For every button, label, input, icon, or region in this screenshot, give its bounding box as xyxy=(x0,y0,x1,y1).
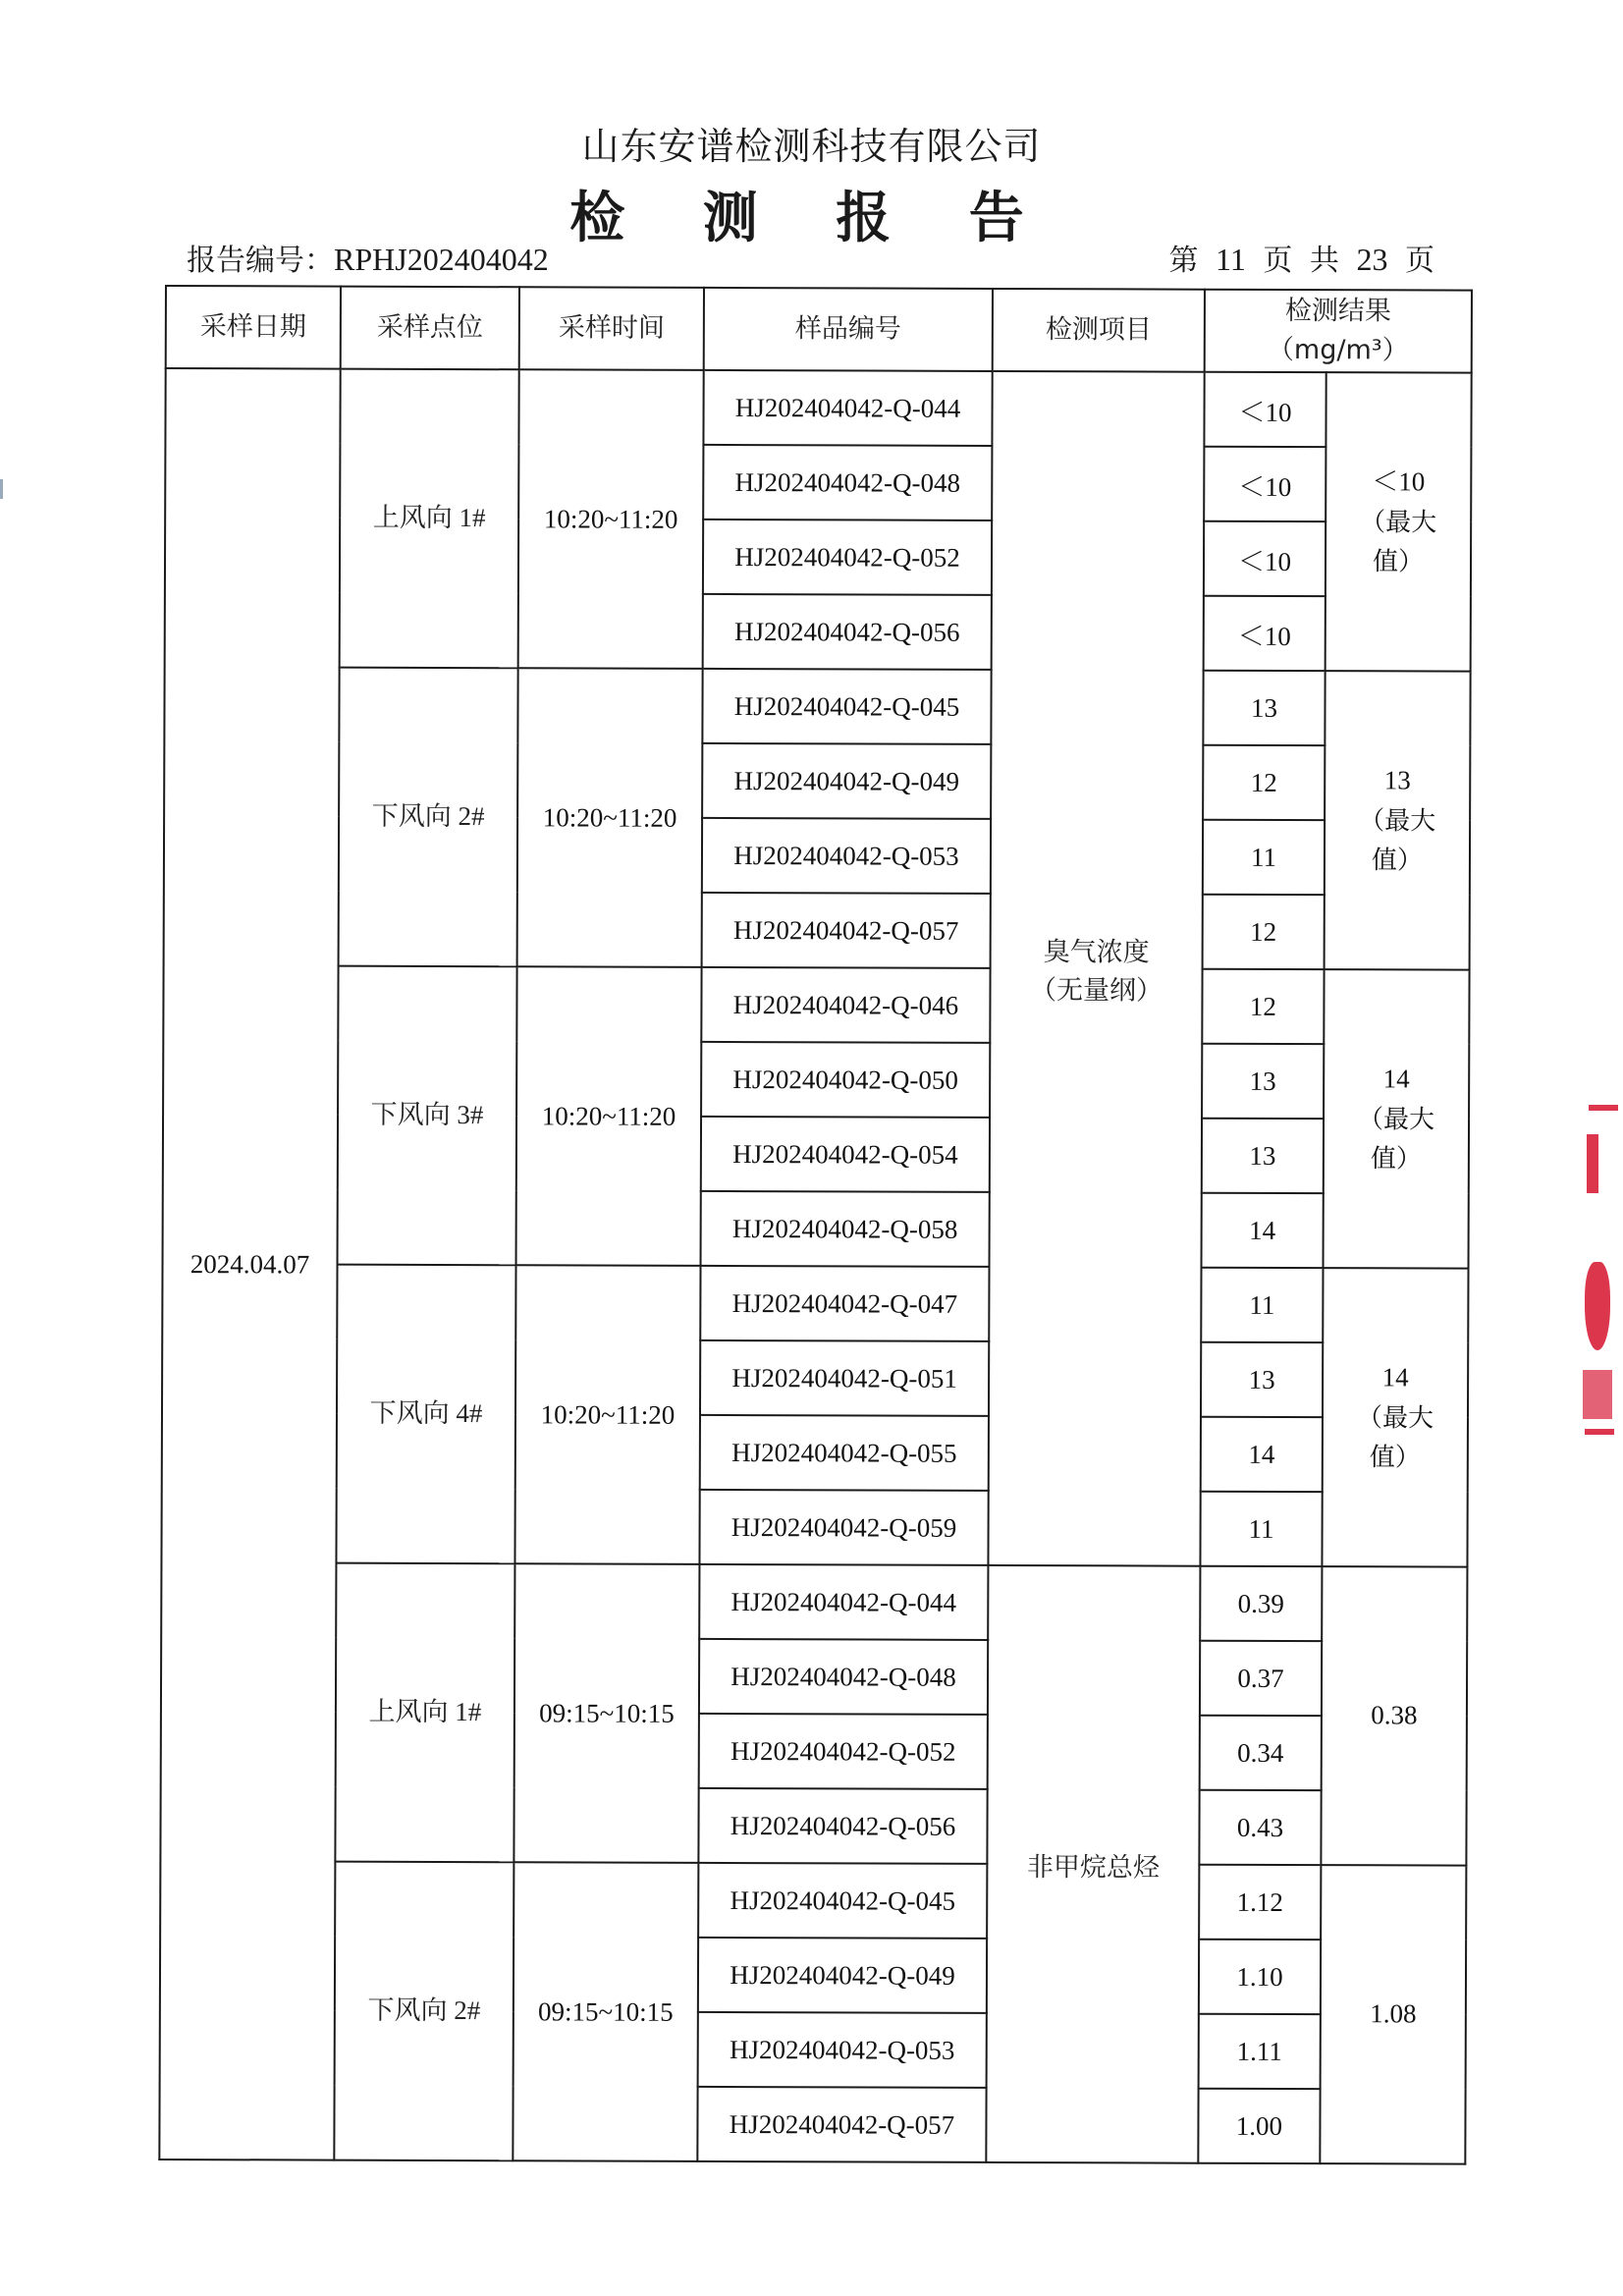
sample-id: HJ202404042-Q-044 xyxy=(699,1564,988,1640)
report-number: 报告编号：RPHJ202404042 xyxy=(187,236,549,279)
result-value: 1.00 xyxy=(1198,2089,1320,2163)
result-value: 13 xyxy=(1203,671,1325,745)
sample-id: HJ202404042-Q-052 xyxy=(703,519,992,595)
col-sample-id: 样品编号 xyxy=(704,288,993,371)
test-item: 非甲烷总烃 xyxy=(986,1565,1200,2163)
scan-edge-mark xyxy=(0,479,3,499)
result-value: 1.10 xyxy=(1199,1940,1321,2014)
col-test-result-label: 检测结果 xyxy=(1206,291,1471,331)
table-body: 2024.04.07上风向 1#10:20~11:20HJ202404042-Q… xyxy=(159,368,1471,2164)
result-value: 13 xyxy=(1202,1044,1324,1119)
result-value: 14 xyxy=(1201,1417,1323,1492)
result-summary-value: 1.08 xyxy=(1322,1994,1465,2035)
sample-point: 下风向 3# xyxy=(338,966,517,1266)
result-value: 13 xyxy=(1202,1119,1324,1193)
sample-id: HJ202404042-Q-058 xyxy=(701,1191,990,1267)
sample-id: HJ202404042-Q-050 xyxy=(701,1042,990,1118)
sample-point-label: 下风向 2# xyxy=(372,794,485,833)
sample-id: HJ202404042-Q-049 xyxy=(698,1938,987,2013)
sample-point-label: 下风向 4# xyxy=(370,1392,483,1430)
sample-id: HJ202404042-Q-051 xyxy=(700,1340,989,1416)
sample-id: HJ202404042-Q-053 xyxy=(698,2012,987,2088)
result-summary-note: （最大 xyxy=(1325,801,1469,842)
sample-point-label: 下风向 2# xyxy=(367,1989,480,2027)
sample-time: 09:15~10:15 xyxy=(514,1563,699,1863)
result-summary-note2: 值） xyxy=(1326,542,1470,582)
page-current: 11 xyxy=(1216,242,1246,277)
result-summary-value: 13 xyxy=(1325,760,1469,801)
sample-id: HJ202404042-Q-049 xyxy=(702,743,991,819)
sample-point-label: 上风向 1# xyxy=(368,1690,481,1728)
sample-time: 10:20~11:20 xyxy=(514,1265,700,1564)
result-value: 11 xyxy=(1200,1492,1322,1566)
table-row: 上风向 1#09:15~10:15HJ202404042-Q-044 非甲烷总烃… xyxy=(161,1562,1467,1642)
result-summary-note: （最大 xyxy=(1325,1100,1468,1140)
result-value: 12 xyxy=(1202,969,1324,1044)
result-value: ＜10 xyxy=(1204,372,1325,447)
result-summary-value: 14 xyxy=(1325,1059,1468,1100)
table-row: 下风向 4#10:20~11:20HJ202404042-Q-04711 14 … xyxy=(162,1264,1468,1343)
sample-id: HJ202404042-Q-052 xyxy=(699,1714,988,1789)
result-summary-value: 14 xyxy=(1324,1357,1467,1398)
col-test-result: 检测结果 （mg/m³） xyxy=(1205,290,1472,373)
result-value: ＜10 xyxy=(1204,447,1325,521)
test-item-name: 臭气浓度 xyxy=(992,930,1202,969)
col-sample-time: 采样时间 xyxy=(519,287,704,370)
sample-id: HJ202404042-Q-055 xyxy=(700,1415,989,1491)
test-item-unit: （无量纲） xyxy=(991,968,1201,1008)
sample-time: 10:20~11:20 xyxy=(518,369,704,669)
sample-id: HJ202404042-Q-057 xyxy=(697,2087,986,2162)
sample-id: HJ202404042-Q-056 xyxy=(703,594,992,670)
test-item-name: 非甲烷总烃 xyxy=(988,1844,1198,1884)
col-sample-date: 采样日期 xyxy=(166,286,341,369)
result-summary: 14 （最大 值） xyxy=(1324,969,1470,1269)
sample-id: HJ202404042-Q-045 xyxy=(698,1863,987,1939)
result-summary-note: （最大 xyxy=(1324,1398,1467,1439)
result-summary: 13 （最大 值） xyxy=(1325,671,1471,970)
page-suffix: 页 xyxy=(1405,244,1434,278)
result-summary-value: 0.38 xyxy=(1323,1695,1466,1736)
result-summary: 14 （最大 值） xyxy=(1322,1268,1468,1567)
sample-id: HJ202404042-Q-046 xyxy=(701,967,990,1043)
result-summary-note2: 值） xyxy=(1324,1438,1467,1478)
page-indicator: 第 11 页 共 23 页 xyxy=(1168,236,1434,279)
result-value: 0.34 xyxy=(1200,1716,1322,1790)
red-seal-stamp xyxy=(1579,1095,1623,1439)
report-number-label: 报告编号： xyxy=(187,244,334,278)
sample-id: HJ202404042-Q-045 xyxy=(702,669,991,744)
col-test-item: 检测项目 xyxy=(993,289,1205,372)
result-value: 14 xyxy=(1202,1193,1324,1268)
sample-point: 下风向 4# xyxy=(336,1265,515,1564)
result-summary-note: （最大 xyxy=(1326,503,1470,543)
page-prefix: 第 xyxy=(1168,244,1198,278)
result-value: 11 xyxy=(1203,820,1325,895)
result-value: 12 xyxy=(1203,895,1325,969)
table-row: 2024.04.07上风向 1#10:20~11:20HJ202404042-Q… xyxy=(165,368,1471,448)
test-item: 臭气浓度 （无量纲） xyxy=(988,371,1204,1566)
result-value: 1.12 xyxy=(1199,1865,1321,1940)
sample-id: HJ202404042-Q-057 xyxy=(702,893,991,968)
sample-id: HJ202404042-Q-053 xyxy=(702,818,991,894)
table-row: 下风向 2#10:20~11:20HJ202404042-Q-04513 13 … xyxy=(164,667,1470,746)
sample-time: 09:15~10:15 xyxy=(513,1862,698,2161)
page-mid: 页 共 xyxy=(1263,244,1339,278)
result-summary: ＜10 （最大 值） xyxy=(1325,372,1472,672)
sample-point: 下风向 2# xyxy=(334,1862,514,2161)
sample-id: HJ202404042-Q-054 xyxy=(701,1117,990,1192)
table-row: 下风向 3#10:20~11:20HJ202404042-Q-04612 14 … xyxy=(163,965,1469,1045)
col-test-result-unit: （mg/m³） xyxy=(1206,331,1471,371)
result-value: ＜10 xyxy=(1204,521,1325,596)
result-summary: 1.08 xyxy=(1320,1865,1466,2164)
sample-date: 2024.04.07 xyxy=(159,368,340,2160)
result-value: 12 xyxy=(1203,745,1325,820)
result-value: 13 xyxy=(1201,1342,1323,1417)
result-value: 0.39 xyxy=(1200,1566,1322,1641)
sample-time: 10:20~11:20 xyxy=(517,668,703,967)
sample-id: HJ202404042-Q-044 xyxy=(703,370,992,446)
sample-id: HJ202404042-Q-056 xyxy=(698,1788,987,1864)
sample-point: 下风向 2# xyxy=(339,668,518,967)
result-value: ＜10 xyxy=(1204,596,1325,671)
sample-point: 上风向 1# xyxy=(340,369,519,669)
table-row: 下风向 2#09:15~10:15HJ202404042-Q-0451.12 1… xyxy=(160,1861,1466,1941)
sample-point-label: 上风向 1# xyxy=(373,496,486,534)
result-value: 0.43 xyxy=(1199,1790,1321,1865)
result-summary-note2: 值） xyxy=(1325,1139,1468,1179)
report-number-value: RPHJ202404042 xyxy=(334,242,549,277)
sample-id: HJ202404042-Q-048 xyxy=(699,1639,988,1715)
result-value: 1.11 xyxy=(1199,2014,1321,2089)
result-summary-value: ＜10 xyxy=(1326,462,1470,503)
result-value: 0.37 xyxy=(1200,1641,1322,1716)
company-name: 山东安谱检测科技有限公司 xyxy=(0,116,1623,170)
sample-id: HJ202404042-Q-048 xyxy=(703,445,992,520)
table-header-row: 采样日期 采样点位 采样时间 样品编号 检测项目 检测结果 （mg/m³） xyxy=(166,286,1472,373)
result-value: 11 xyxy=(1201,1268,1323,1342)
sample-point: 上风向 1# xyxy=(335,1563,514,1863)
sample-time: 10:20~11:20 xyxy=(516,966,702,1266)
col-sample-point: 采样点位 xyxy=(341,287,519,370)
result-summary: 0.38 xyxy=(1321,1566,1467,1866)
page-total: 23 xyxy=(1356,242,1387,277)
sample-id: HJ202404042-Q-047 xyxy=(700,1266,989,1341)
sample-id: HJ202404042-Q-059 xyxy=(699,1490,988,1565)
result-summary-note2: 值） xyxy=(1325,841,1469,881)
sample-point-label: 下风向 3# xyxy=(371,1093,484,1131)
results-table: 采样日期 采样点位 采样时间 样品编号 检测项目 检测结果 （mg/m³） 20… xyxy=(158,285,1473,2165)
